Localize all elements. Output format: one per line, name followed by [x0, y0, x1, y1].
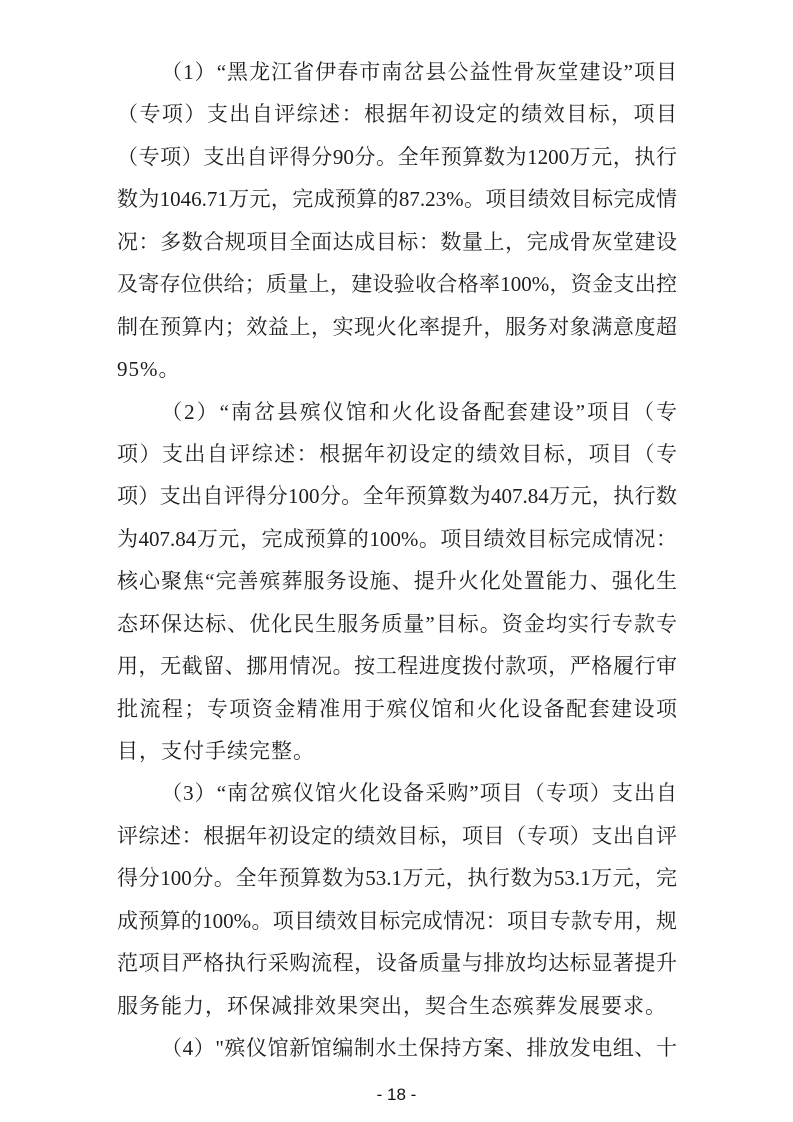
text-line: 服务能力，环保减排效果突出，契合生态殡葬发展要求。: [117, 985, 677, 1027]
paragraph-1: （1）“黑龙江省伊春市南岔县公益性骨灰堂建设”项目 （专项）支出自评综述：根据年…: [117, 51, 677, 391]
text-line: 核心聚焦“完善殡葬服务设施、提升火化处置能力、强化生: [117, 560, 677, 602]
page-number: - 18 -: [377, 1085, 417, 1104]
text-line: 批流程；专项资金精准用于殡仪馆和火化设备配套建设项: [117, 688, 677, 730]
text-line: 评综述：根据年初设定的绩效目标，项目（专项）支出自评: [117, 815, 677, 857]
text-line: （4）"殡仪馆新馆编制水土保持方案、排放发电组、十: [117, 1027, 677, 1069]
text-line: （专项）支出自评综述：根据年初设定的绩效目标，项目: [117, 93, 677, 135]
text-line: 用，无截留、挪用情况。按工程进度拨付款项，严格履行审: [117, 645, 677, 687]
paragraph-2: （2）“南岔县殡仪馆和火化设备配套建设”项目（专 项）支出自评综述：根据年初设定…: [117, 391, 677, 773]
text-line: 态环保达标、优化民生服务质量”目标。资金均实行专款专: [117, 603, 677, 645]
text-line: 项）支出自评得分100分。全年预算数为407.84万元，执行数: [117, 475, 677, 517]
text-line: 95%。: [117, 348, 677, 390]
text-line: （1）“黑龙江省伊春市南岔县公益性骨灰堂建设”项目: [117, 51, 677, 93]
text-line: （专项）支出自评得分90分。全年预算数为1200万元，执行: [117, 136, 677, 178]
paragraph-4: （4）"殡仪馆新馆编制水土保持方案、排放发电组、十: [117, 1027, 677, 1069]
paragraph-3: （3）“南岔殡仪馆火化设备采购”项目（专项）支出自 评综述：根据年初设定的绩效目…: [117, 772, 677, 1027]
text-line: 数为1046.71万元，完成预算的87.23%。项目绩效目标完成情: [117, 178, 677, 220]
text-line: 况：多数合规项目全面达成目标：数量上，完成骨灰堂建设: [117, 221, 677, 263]
text-line: 项）支出自评综述：根据年初设定的绩效目标，项目（专: [117, 433, 677, 475]
text-line: 为407.84万元，完成预算的100%。项目绩效目标完成情况：: [117, 518, 677, 560]
text-line: 制在预算内；效益上，实现火化率提升，服务对象满意度超: [117, 306, 677, 348]
text-line: 范项目严格执行采购流程，设备质量与排放均达标显著提升: [117, 942, 677, 984]
text-line: 及寄存位供给；质量上，建设验收合格率100%，资金支出控: [117, 263, 677, 305]
document-page: （1）“黑龙江省伊春市南岔县公益性骨灰堂建设”项目 （专项）支出自评综述：根据年…: [0, 0, 793, 1122]
text-line: （2）“南岔县殡仪馆和火化设备配套建设”项目（专: [117, 391, 677, 433]
document-body: （1）“黑龙江省伊春市南岔县公益性骨灰堂建设”项目 （专项）支出自评综述：根据年…: [117, 51, 677, 1070]
page-footer: - 18 -: [0, 1085, 793, 1105]
text-line: 得分100分。全年预算数为53.1万元，执行数为53.1万元，完: [117, 857, 677, 899]
text-line: （3）“南岔殡仪馆火化设备采购”项目（专项）支出自: [117, 772, 677, 814]
text-line: 成预算的100%。项目绩效目标完成情况：项目专款专用，规: [117, 900, 677, 942]
text-line: 目，支付手续完整。: [117, 730, 677, 772]
